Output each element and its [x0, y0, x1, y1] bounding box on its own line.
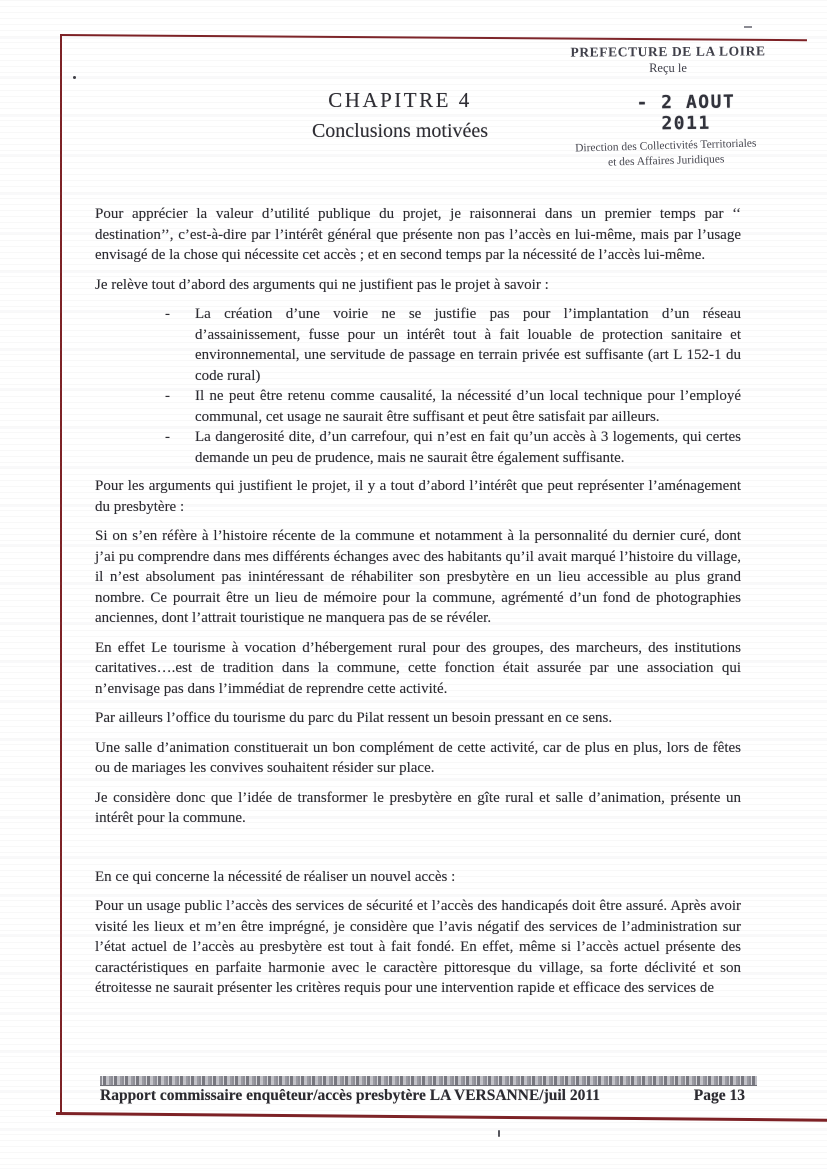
paragraph: Pour un usage public l’accès des service…	[95, 896, 741, 999]
stamp-office-name: PREFECTURE DE LA LOIRE	[548, 43, 788, 61]
paragraph: Je considère donc que l’idée de transfor…	[95, 788, 741, 829]
list-item-text: Il ne peut être retenu comme causalité, …	[195, 386, 741, 427]
scan-frame-top-line	[60, 34, 807, 41]
paragraph: Par ailleurs l’office du tourisme du par…	[95, 708, 741, 729]
footer-report-title: Rapport commissaire enquêteur/accès pres…	[100, 1087, 600, 1105]
footer-page-number: Page 13	[694, 1087, 745, 1105]
paragraph: Je relève tout d’abord des arguments qui…	[95, 275, 741, 296]
page-footer: Rapport commissaire enquêteur/accès pres…	[100, 1087, 745, 1105]
paragraph: Une salle d’animation constituerait un b…	[95, 738, 741, 779]
list-item: - La dangerosité dite, d’un carrefour, q…	[95, 427, 741, 468]
argument-list: - La création d’une voirie ne se justifi…	[95, 304, 741, 468]
paragraph: Si on s’en réfère à l’histoire récente d…	[95, 526, 741, 629]
dash-bullet-icon: -	[165, 386, 195, 407]
document-body: Pour apprécier la valeur d’utilité publi…	[95, 204, 741, 1008]
scan-frame-left-line	[60, 35, 62, 1113]
list-item: - La création d’une voirie ne se justifi…	[95, 304, 741, 386]
chapter-title: CHAPITRE 4	[95, 88, 705, 113]
scan-frame-bottom-line	[56, 1112, 827, 1121]
dash-bullet-icon: -	[165, 427, 195, 448]
paragraph: Pour les arguments qui justifient le pro…	[95, 476, 741, 517]
title-block: CHAPITRE 4 Conclusions motivées	[95, 88, 705, 143]
scan-speck	[73, 76, 76, 79]
scan-noise-strip	[100, 1076, 757, 1086]
list-item-text: La dangerosité dite, d’un carrefour, qui…	[195, 427, 741, 468]
scan-speck	[498, 1130, 500, 1137]
list-item-text: La création d’une voirie ne se justifie …	[195, 304, 741, 386]
list-item: - Il ne peut être retenu comme causalité…	[95, 386, 741, 427]
paragraph: En effet Le tourisme à vocation d’héberg…	[95, 638, 741, 700]
section-heading: En ce qui concerne la nécessité de réali…	[95, 867, 741, 888]
paragraph: Pour apprécier la valeur d’utilité publi…	[95, 204, 741, 266]
scan-speck	[744, 26, 752, 28]
stamp-received-label: Reçu le	[548, 61, 788, 76]
dash-bullet-icon: -	[165, 304, 195, 325]
chapter-subtitle: Conclusions motivées	[95, 120, 705, 143]
